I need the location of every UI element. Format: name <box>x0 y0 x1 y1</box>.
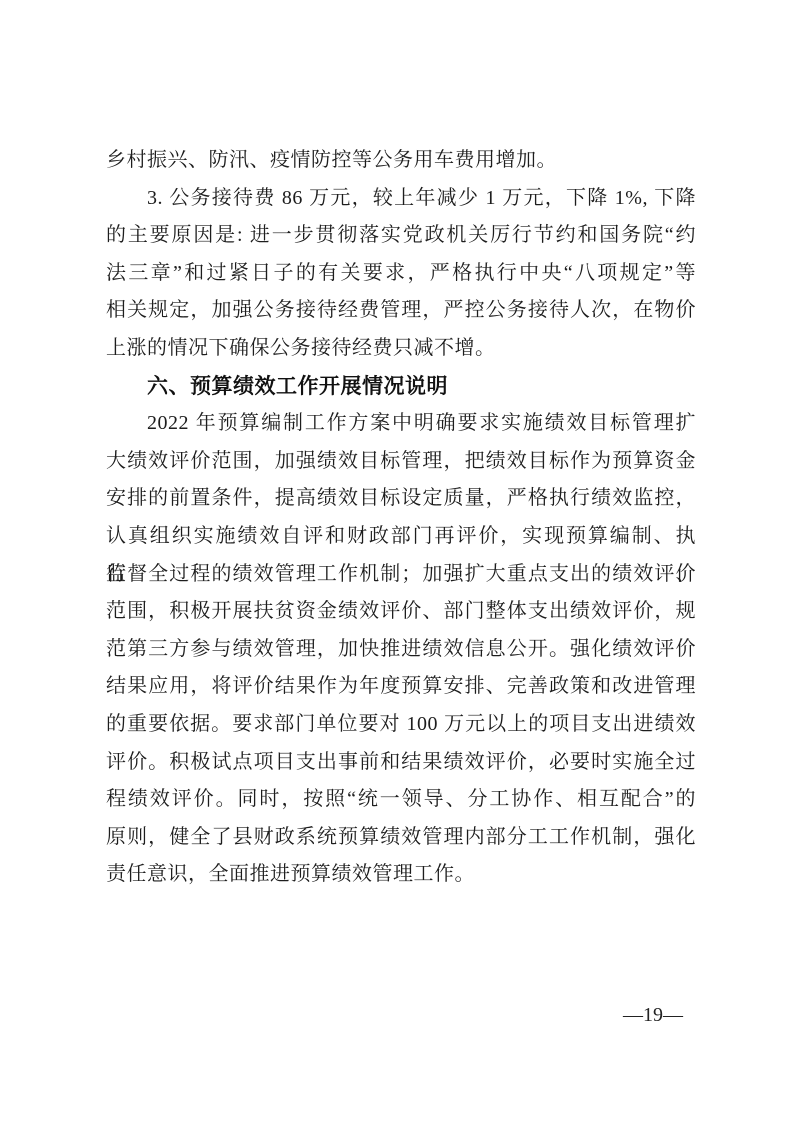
text-line: 的主要原因是: 进一步贯彻落实党政机关厉行节约和国务院“约 <box>106 217 696 255</box>
text-line: 大绩效评价范围，加强绩效目标管理，把绩效目标作为预算资金 <box>106 443 696 481</box>
page-content: 乡村振兴、防汛、疫情防控等公务用车费用增加。 3. 公务接待费 86 万元，较上… <box>106 142 696 894</box>
text-line: 认真组织实施绩效自评和财政部门再评价，实现预算编制、执行、 <box>106 518 696 556</box>
text-line: 法三章”和过紧日子的有关要求，严格执行中央“八项规定”等 <box>106 255 696 293</box>
text-line: 范第三方参与绩效管理，加快推进绩效信息公开。强化绩效评价 <box>106 631 696 669</box>
text-line: 上涨的情况下确保公务接待经费只减不增。 <box>106 330 696 368</box>
page-number: —19— <box>598 1000 708 1030</box>
section-heading: 六、预算绩效工作开展情况说明 <box>106 368 696 406</box>
text-line: 范围，积极开展扶贫资金绩效评价、部门整体支出绩效评价，规 <box>106 593 696 631</box>
text-line: 乡村振兴、防汛、疫情防控等公务用车费用增加。 <box>106 142 696 180</box>
text-line: 安排的前置条件，提高绩效目标设定质量，严格执行绩效监控， <box>106 480 696 518</box>
text-line: 的重要依据。要求部门单位要对 100 万元以上的项目支出进绩效 <box>106 706 696 744</box>
text-line: 相关规定，加强公务接待经费管理，严控公务接待人次，在物价 <box>106 292 696 330</box>
text-line: 监督全过程的绩效管理工作机制；加强扩大重点支出的绩效评价 <box>106 556 696 594</box>
text-line: 结果应用，将评价结果作为年度预算安排、完善政策和改进管理 <box>106 668 696 706</box>
document-page: 乡村振兴、防汛、疫情防控等公务用车费用增加。 3. 公务接待费 86 万元，较上… <box>0 0 793 1122</box>
text-line: 评价。积极试点项目支出事前和结果绩效评价，必要时实施全过 <box>106 744 696 782</box>
text-line: 责任意识，全面推进预算绩效管理工作。 <box>106 856 696 894</box>
text-line: 3. 公务接待费 86 万元，较上年减少 1 万元，下降 1%, 下降 <box>106 180 696 218</box>
text-line: 程绩效评价。同时，按照“统一领导、分工协作、相互配合”的 <box>106 781 696 819</box>
text-line: 原则，健全了县财政系统预算绩效管理内部分工工作机制，强化 <box>106 819 696 857</box>
text-line: 2022 年预算编制工作方案中明确要求实施绩效目标管理扩 <box>106 405 696 443</box>
